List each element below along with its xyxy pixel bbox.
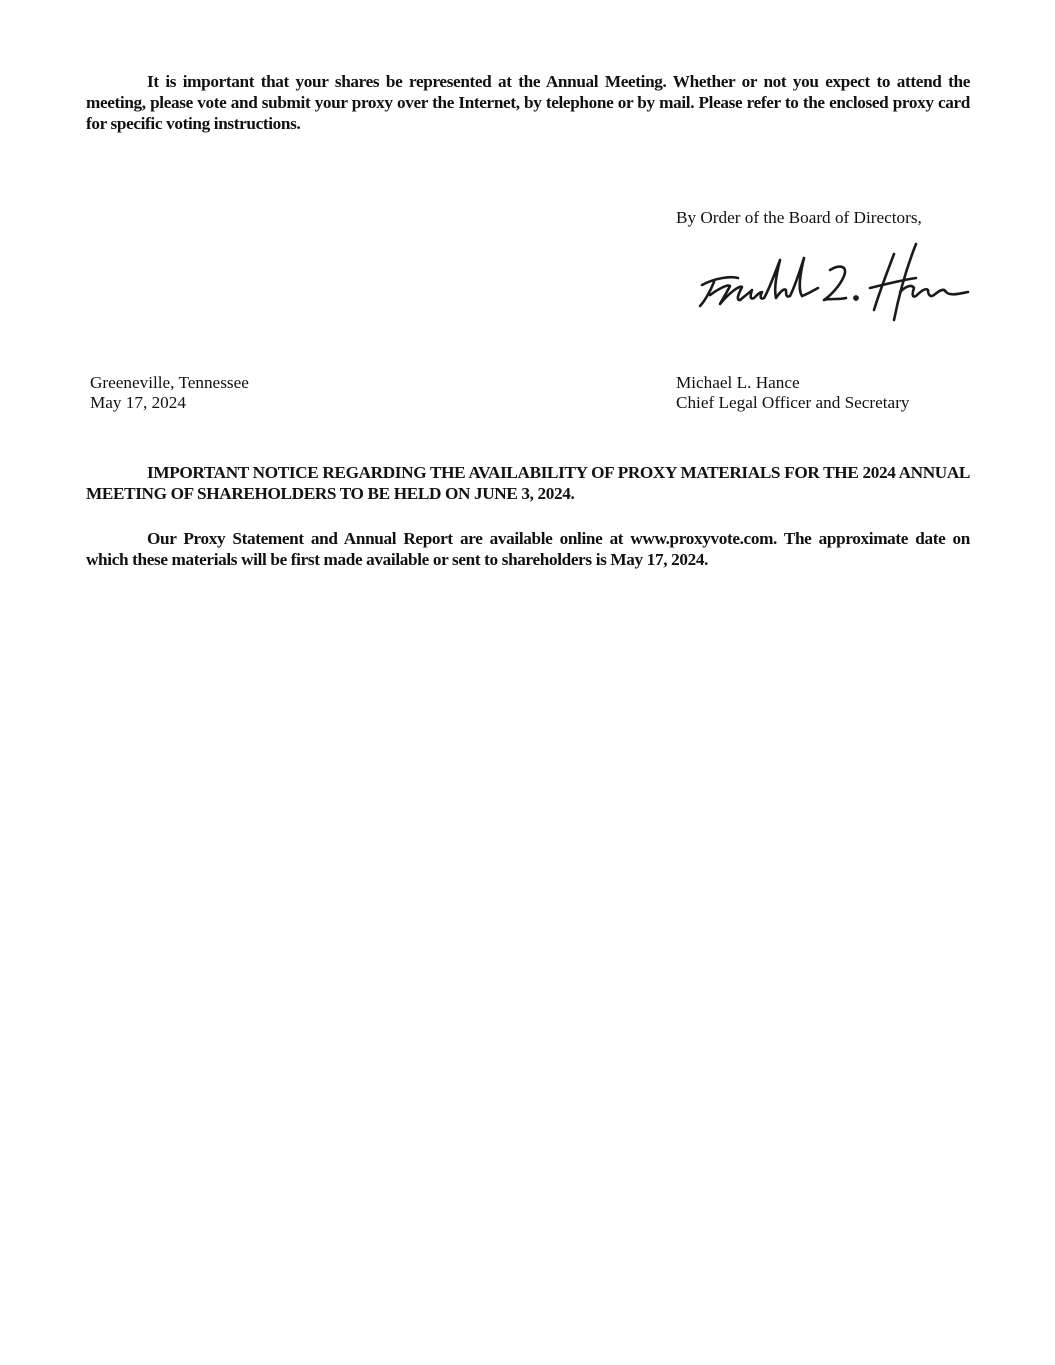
important-notice-heading: IMPORTANT NOTICE REGARDING THE AVAILABIL…: [86, 462, 970, 504]
signature-intro: By Order of the Board of Directors,: [676, 208, 922, 228]
signer-block: Michael L. Hance Chief Legal Officer and…: [676, 373, 910, 413]
by-order-text: By Order of the Board of Directors,: [676, 208, 922, 228]
voting-instructions-paragraph: It is important that your shares be repr…: [86, 71, 970, 134]
availability-paragraph: Our Proxy Statement and Annual Report ar…: [86, 528, 970, 570]
availability-text: Our Proxy Statement and Annual Report ar…: [86, 529, 970, 569]
location-city: Greeneville, Tennessee: [90, 373, 249, 393]
signature-icon: [690, 240, 975, 330]
document-date: May 17, 2024: [90, 393, 249, 413]
signer-name: Michael L. Hance: [676, 373, 910, 393]
important-notice-text: IMPORTANT NOTICE REGARDING THE AVAILABIL…: [86, 463, 970, 503]
location-date-block: Greeneville, Tennessee May 17, 2024: [90, 373, 249, 413]
signer-title: Chief Legal Officer and Secretary: [676, 393, 910, 413]
voting-instructions-text: It is important that your shares be repr…: [86, 72, 970, 133]
